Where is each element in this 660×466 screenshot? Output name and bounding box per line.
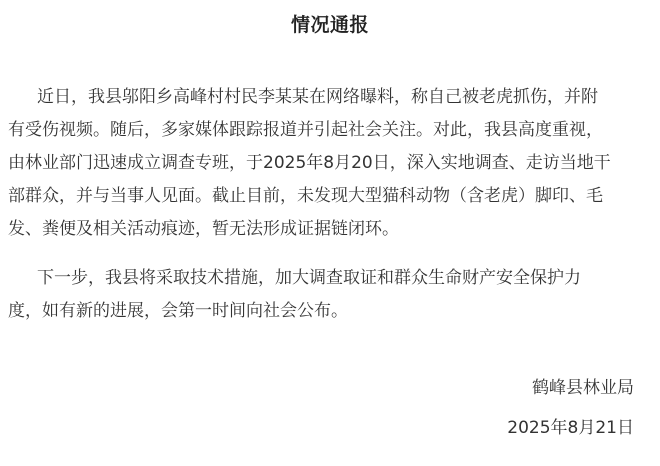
signature-date: 2025年8月21日 <box>507 413 634 438</box>
paragraph-line: 下一步，我县将采取技术措施，加大调查取证和群众生命财产安全保护力 <box>8 262 652 295</box>
paragraph-line: 有受伤视频。随后，多家媒体跟踪报道并引起社会关注。对此，我县高度重视， <box>8 114 652 147</box>
paragraph-1: 近日，我县邬阳乡高峰村村民李某某在网络曝料，称自己被老虎抓伤，并附 有受伤视频。… <box>8 81 652 246</box>
document-title: 情况通报 <box>0 10 660 37</box>
paragraph-line: 度，如有新的进展，会第一时间向社会公布。 <box>8 295 652 328</box>
paragraph-2: 下一步，我县将采取技术措施，加大调查取证和群众生命财产安全保护力 度，如有新的进… <box>8 262 652 328</box>
paragraph-line: 由林业部门迅速成立调查专班，于2025年8月20日，深入实地调查、走访当地干 <box>8 147 652 180</box>
paragraph-line: 发、粪便及相关活动痕迹，暂无法形成证据链闭环。 <box>8 213 652 246</box>
signature-organization: 鹤峰县林业局 <box>532 373 634 398</box>
paragraph-line: 部群众，并与当事人见面。截止目前，未发现大型猫科动物（含老虎）脚印、毛 <box>8 180 652 213</box>
paragraph-line: 近日，我县邬阳乡高峰村村民李某某在网络曝料，称自己被老虎抓伤，并附 <box>8 81 652 114</box>
